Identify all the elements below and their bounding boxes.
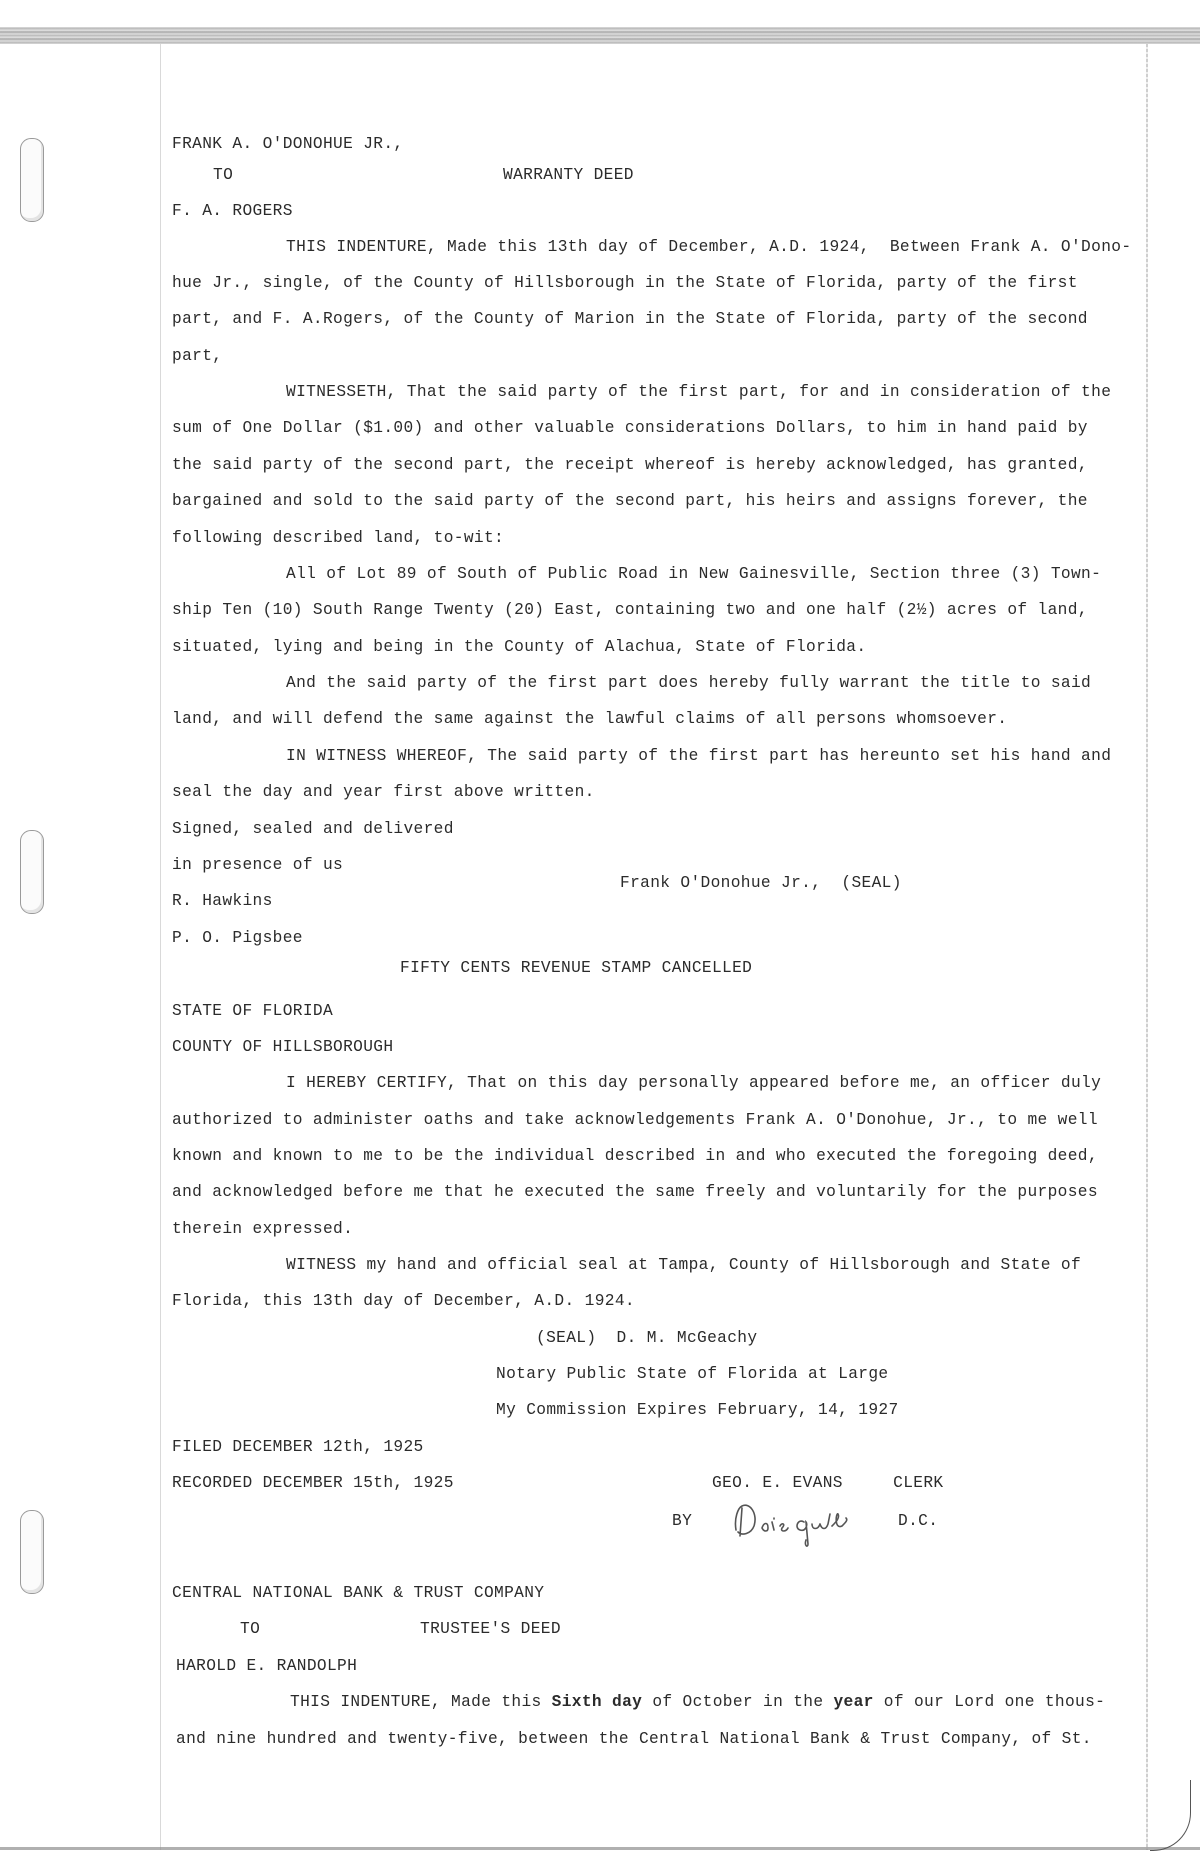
deed1-body-line: bargained and sold to the said party of … [172, 491, 1088, 511]
ack-body-line: therein expressed. [172, 1219, 353, 1239]
deed2-to: TO [240, 1619, 260, 1639]
ack-body-line: I HEREBY CERTIFY, That on this day perso… [286, 1073, 1101, 1093]
deed1-body-line: ship Ten (10) South Range Twenty (20) Ea… [172, 600, 1088, 620]
deed2-grantor: CENTRAL NATIONAL BANK & TRUST COMPANY [172, 1583, 544, 1603]
in-presence-label: in presence of us [172, 855, 343, 875]
filed-date: FILED DECEMBER 12th, 1925 [172, 1437, 424, 1457]
deed1-to: TO [213, 165, 233, 185]
ack-body-line: and acknowledged before me that he execu… [172, 1182, 1098, 1202]
deed1-body-line: THIS INDENTURE, Made this 13th day of De… [286, 237, 1131, 257]
deed1-body-line: part, [172, 346, 222, 366]
deputy-clerk-signature [728, 1500, 888, 1550]
scan-header-band [0, 27, 1200, 44]
binder-hole-top [20, 138, 44, 222]
deed1-body-line: seal the day and year first above writte… [172, 782, 595, 802]
deed1-body-line: the said party of the second part, the r… [172, 455, 1088, 475]
deed1-body-line: All of Lot 89 of South of Public Road in… [286, 564, 1101, 584]
witness-2: P. O. Pigsbee [172, 928, 303, 948]
ack-state: STATE OF FLORIDA [172, 1001, 333, 1021]
deed1-grantor: FRANK A. O'DONOHUE JR., [172, 134, 403, 154]
deed2-grantee: HAROLD E. RANDOLPH [176, 1656, 357, 1676]
deed1-body-line: WITNESSETH, That the said party of the f… [286, 382, 1111, 402]
revenue-stamp-note: FIFTY CENTS REVENUE STAMP CANCELLED [400, 958, 752, 978]
deputy-clerk-label: D.C. [898, 1511, 938, 1531]
notary-title: Notary Public State of Florida at Large [496, 1364, 889, 1384]
clerk-name: GEO. E. EVANS CLERK [712, 1473, 943, 1493]
binder-hole-middle [20, 830, 44, 914]
by-label: BY [672, 1511, 692, 1531]
recorded-date: RECORDED DECEMBER 15th, 1925 [172, 1473, 454, 1493]
deed1-body-line: following described land, to-wit: [172, 528, 504, 548]
signed-sealed-label: Signed, sealed and delivered [172, 819, 454, 839]
deed1-body-line: hue Jr., single, of the County of Hillsb… [172, 273, 1078, 293]
notary-seal-name: (SEAL) D. M. McGeachy [536, 1328, 757, 1348]
deed2-title: TRUSTEE'S DEED [420, 1619, 561, 1639]
deed1-grantee: F. A. ROGERS [172, 201, 293, 221]
page-edge-bottom [0, 1847, 1200, 1850]
ack-county: COUNTY OF HILLSBOROUGH [172, 1037, 393, 1057]
deed1-body-line: IN WITNESS WHEREOF, The said party of th… [286, 746, 1111, 766]
page-edge-left [160, 44, 161, 1850]
grantor-signature: Frank O'Donohue Jr., (SEAL) [620, 873, 902, 893]
binder-hole-bottom [20, 1510, 44, 1594]
deed1-title: WARRANTY DEED [503, 165, 634, 185]
page-edge-right [1146, 44, 1148, 1850]
deed2-body-line: THIS INDENTURE, Made this Sixth day of O… [290, 1692, 1105, 1712]
ack-body-line: authorized to administer oaths and take … [172, 1110, 1098, 1130]
ack-body-line: Florida, this 13th day of December, A.D.… [172, 1291, 635, 1311]
ack-body-line: known and known to me to be the individu… [172, 1146, 1098, 1166]
deed1-body-line: part, and F. A.Rogers, of the County of … [172, 309, 1088, 329]
page-corner-curl [1150, 1780, 1191, 1851]
deed2-body-line: and nine hundred and twenty-five, betwee… [176, 1729, 1092, 1749]
ack-body-line: WITNESS my hand and official seal at Tam… [286, 1255, 1081, 1275]
deed1-body-line: And the said party of the first part doe… [286, 673, 1091, 693]
deed1-body-line: land, and will defend the same against t… [172, 709, 1007, 729]
notary-commission: My Commission Expires February, 14, 1927 [496, 1400, 899, 1420]
deed1-body-line: situated, lying and being in the County … [172, 637, 866, 657]
deed1-body-line: sum of One Dollar ($1.00) and other valu… [172, 418, 1088, 438]
witness-1: R. Hawkins [172, 891, 273, 911]
